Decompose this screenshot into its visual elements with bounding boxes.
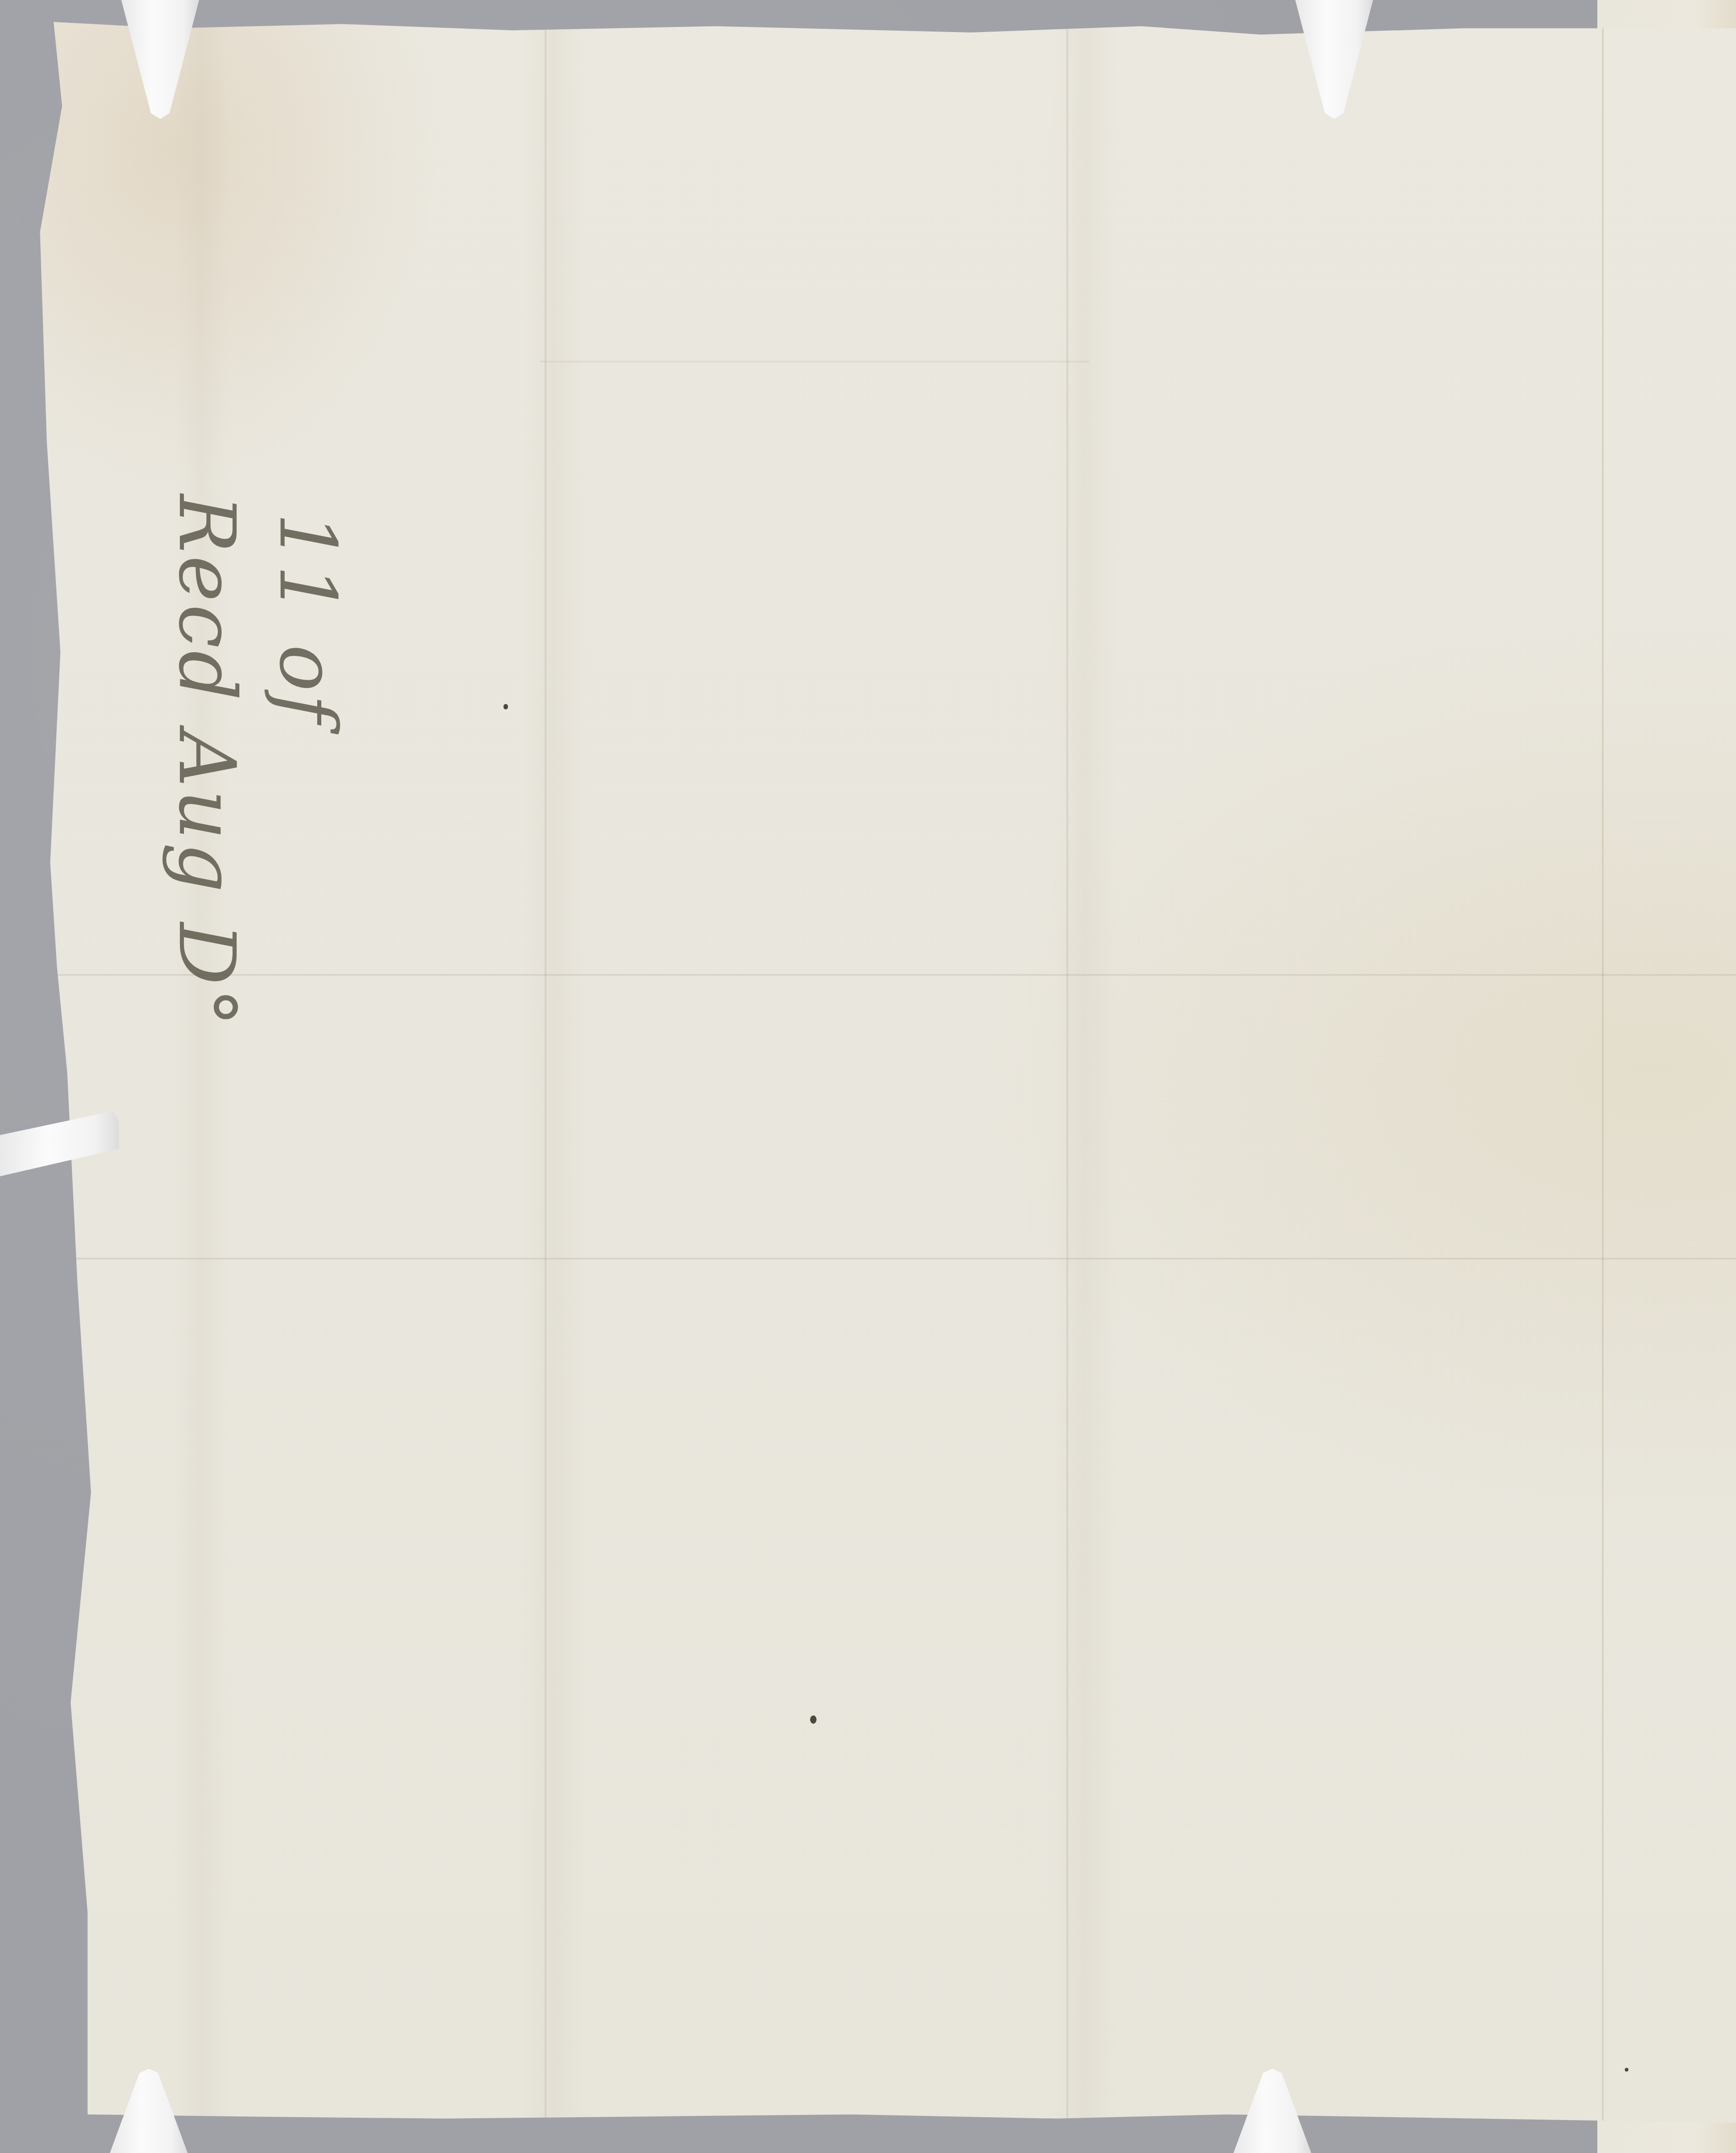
ink-speck — [810, 1715, 817, 1724]
fold-shadow — [522, 22, 586, 2123]
docket-line-2: Recd Aug D° — [161, 494, 252, 1029]
ink-speck — [1625, 2068, 1628, 2072]
vertical-fold-line — [1066, 22, 1068, 2123]
fold-shadow — [174, 22, 229, 2123]
horizontal-fold-line — [540, 361, 1089, 362]
docket-line-1: 11 of — [262, 513, 352, 726]
fold-shadow — [1053, 22, 1117, 2123]
ink-speck — [503, 704, 508, 709]
docket-annotation: 11 of Recd Aug D° — [114, 485, 371, 860]
horizontal-fold-line — [37, 974, 1736, 976]
horizontal-fold-line — [37, 1258, 1736, 1260]
vertical-fold-line — [1602, 22, 1604, 2123]
vertical-fold-line — [545, 22, 546, 2123]
manuscript-page — [37, 22, 1736, 2123]
